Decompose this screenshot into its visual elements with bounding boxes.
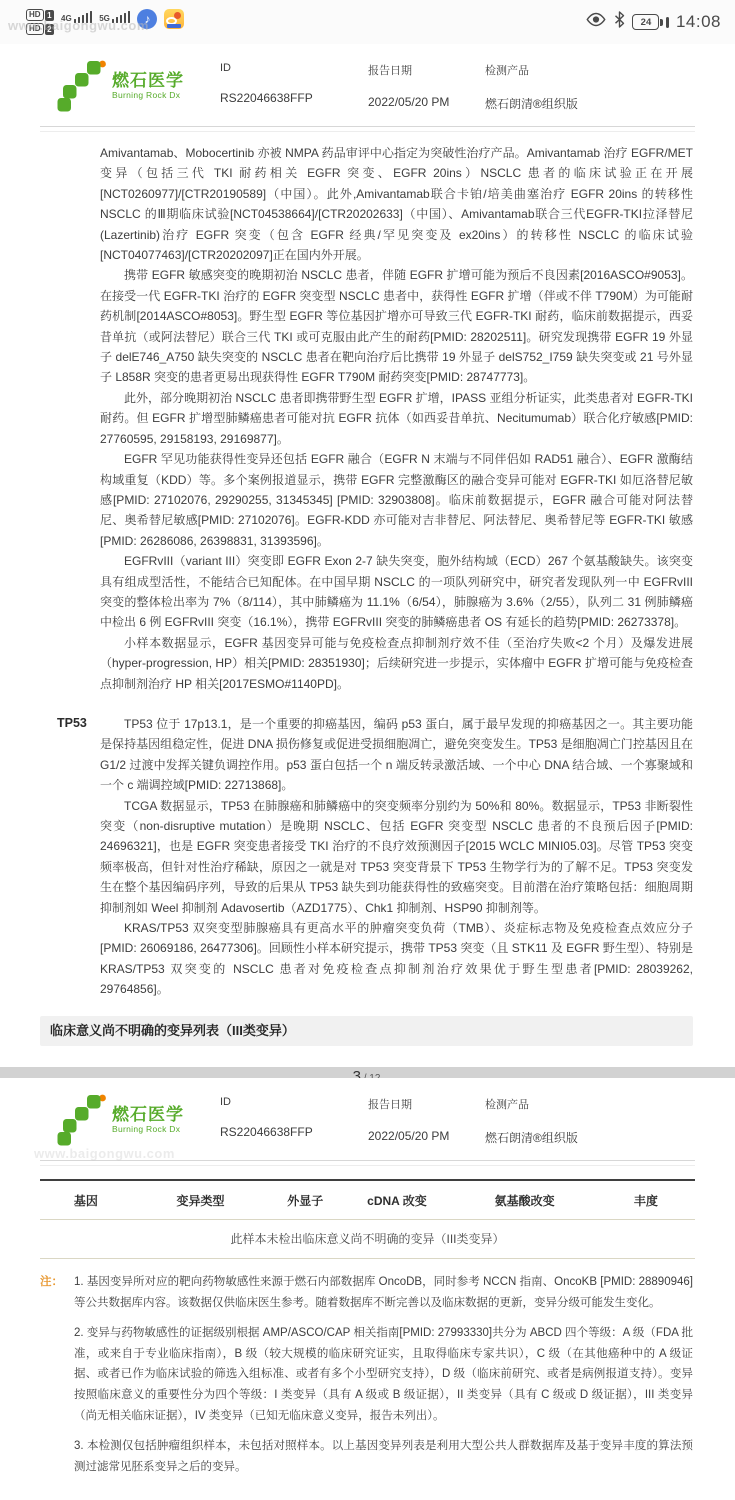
- col-cdna-change: cDNA 改变: [341, 1181, 452, 1219]
- report-header: 燃石医学 Burning Rock Dx ID RS22046638FFP 报告…: [0, 44, 735, 116]
- egfr-paragraph: EGFRvIII（variant III）突变即 EGFR Exon 2-7 缺…: [100, 551, 693, 633]
- tp53-paragraph: TCGA 数据显示，TP53 在肺腺癌和肺鳞癌中的突变频率分别约为 50%和 8…: [100, 796, 693, 918]
- col-amino-acid-change: 氨基酸改变: [453, 1181, 597, 1219]
- col-exon: 外显子: [269, 1181, 341, 1219]
- product-name: 燃石朗清®组织版: [485, 95, 693, 112]
- note-item: 1. 基因变异所对应的靶向药物敏感性来源于燃石内部数据库 OncoDB，同时参考…: [74, 1272, 693, 1313]
- eye-comfort-icon: [585, 12, 607, 32]
- phone-screen: www.baigongwu.com www.baigongwu.com HD 1…: [0, 0, 735, 1500]
- report-date: 2022/05/20 PM: [368, 1129, 485, 1143]
- egfr-paragraph: 携带 EGFR 敏感突变的晚期初治 NSCLC 患者，伴随 EGFR 扩增可能为…: [100, 265, 693, 387]
- status-bar: HD 1 HD 2 4G 5G ♪: [0, 0, 735, 44]
- burning-rock-logo: 燃石医学 Burning Rock Dx: [57, 1092, 220, 1150]
- header-product-field: 检测产品 燃石朗清®组织版: [485, 1092, 693, 1146]
- variant-table: 基因 变异类型 外显子 cDNA 改变 氨基酸改变 丰度 此样本未检出临床意义尚…: [40, 1179, 695, 1259]
- egfr-paragraph: EGFR 罕见功能获得性变异还包括 EGFR 融合（EGFR N 末端与不同伴侣…: [100, 449, 693, 551]
- egfr-paragraph: 小样本数据显示，EGFR 基因变异可能与免疫检查点抑制剂疗效不佳（至治疗失败<2…: [100, 633, 693, 694]
- egfr-annotation-section: Amivantamab、Mobocertinib 亦被 NMPA 药品审评中心指…: [40, 143, 693, 694]
- variant-table-header-row: 基因 变异类型 外显子 cDNA 改变 氨基酸改变 丰度: [40, 1181, 695, 1220]
- header-date-field: 报告日期 2022/05/20 PM: [368, 1092, 485, 1143]
- header-divider: [40, 1160, 695, 1166]
- logo-cn-text: 燃石医学: [112, 1106, 184, 1124]
- report-page-4: 燃石医学 Burning Rock Dx ID RS22046638FFP 报告…: [0, 1078, 735, 1500]
- col-gene: 基因: [40, 1181, 132, 1219]
- logo-en-text: Burning Rock Dx: [112, 1124, 184, 1135]
- header-product-field: 检测产品 燃石朗清®组织版: [485, 58, 693, 112]
- tp53-paragraph: KRAS/TP53 双突变型肺腺癌具有更高水平的肿瘤突变负荷（TMB）、炎症标志…: [100, 918, 693, 1000]
- tp53-paragraph: TP53 位于 17p13.1，是一个重要的抑癌基因，编码 p53 蛋白，属于最…: [100, 714, 693, 796]
- note-item: 3. 本检测仅包括肿瘤组织样本，未包括对照样本。以上基因变异列表是利用大型公共人…: [74, 1436, 693, 1477]
- status-bar-right: 24 14:08: [585, 11, 721, 33]
- bluetooth-icon: [614, 11, 625, 33]
- sample-id: RS22046638FFP: [220, 1125, 368, 1139]
- header-date-field: 报告日期 2022/05/20 PM: [368, 58, 485, 109]
- col-variant-type: 变异类型: [132, 1181, 270, 1219]
- report-page-3: 燃石医学 Burning Rock Dx ID RS22046638FFP 报告…: [0, 44, 735, 1067]
- signal-5g-icon: 5G: [99, 11, 130, 23]
- gene-label-spacer: [40, 143, 100, 694]
- volte-hd2-icon: HD 2: [26, 23, 54, 35]
- report-date: 2022/05/20 PM: [368, 95, 485, 109]
- clock-time: 14:08: [676, 12, 721, 32]
- note-label: 注：: [40, 1272, 74, 1487]
- header-id-field: ID RS22046638FFP: [220, 1092, 368, 1139]
- logo-cn-text: 燃石医学: [112, 72, 184, 90]
- logo-en-text: Burning Rock Dx: [112, 90, 184, 101]
- col-abundance: 丰度: [597, 1181, 695, 1219]
- sample-id: RS22046638FFP: [220, 91, 368, 105]
- variant-table-empty-row: 此样本未检出临床意义尚不明确的变异（III类变异）: [40, 1220, 695, 1259]
- section-header-tier3-variants: 临床意义尚不明确的变异列表（III类变异）: [40, 1016, 693, 1046]
- report-header: 燃石医学 Burning Rock Dx ID RS22046638FFP 报告…: [0, 1078, 735, 1150]
- battery-percentage: 24: [632, 14, 659, 30]
- note-item: 2. 变异与药物敏感性的证据级别根据 AMP/ASCO/CAP 相关指南[PMI…: [74, 1323, 693, 1426]
- page1-body: Amivantamab、Mobocertinib 亦被 NMPA 药品审评中心指…: [0, 132, 735, 1086]
- status-bar-left: HD 1 HD 2 4G 5G ♪: [26, 9, 184, 35]
- battery-icon: 24: [632, 14, 669, 30]
- header-id-field: ID RS22046638FFP: [220, 58, 368, 105]
- logo-mark-icon: [57, 1092, 109, 1150]
- volte-hd1-icon: HD 1: [26, 9, 54, 21]
- egfr-paragraph: Amivantamab、Mobocertinib 亦被 NMPA 药品审评中心指…: [100, 143, 693, 265]
- burning-rock-logo: 燃石医学 Burning Rock Dx: [57, 58, 220, 116]
- music-app-icon: ♪: [137, 9, 157, 29]
- tp53-gene-label: TP53: [40, 714, 100, 1000]
- weibo-app-icon: [164, 9, 184, 29]
- footnotes: 注： 1. 基因变异所对应的靶向药物敏感性来源于燃石内部数据库 OncoDB，同…: [40, 1272, 693, 1487]
- product-name: 燃石朗清®组织版: [485, 1129, 693, 1146]
- egfr-paragraph: 此外，部分晚期初治 NSCLC 患者即携带野生型 EGFR 扩增，IPASS 亚…: [100, 388, 693, 449]
- signal-4g-icon: 4G: [61, 11, 92, 23]
- tp53-annotation-section: TP53 TP53 位于 17p13.1，是一个重要的抑癌基因，编码 p53 蛋…: [40, 714, 693, 1000]
- logo-mark-icon: [57, 58, 109, 116]
